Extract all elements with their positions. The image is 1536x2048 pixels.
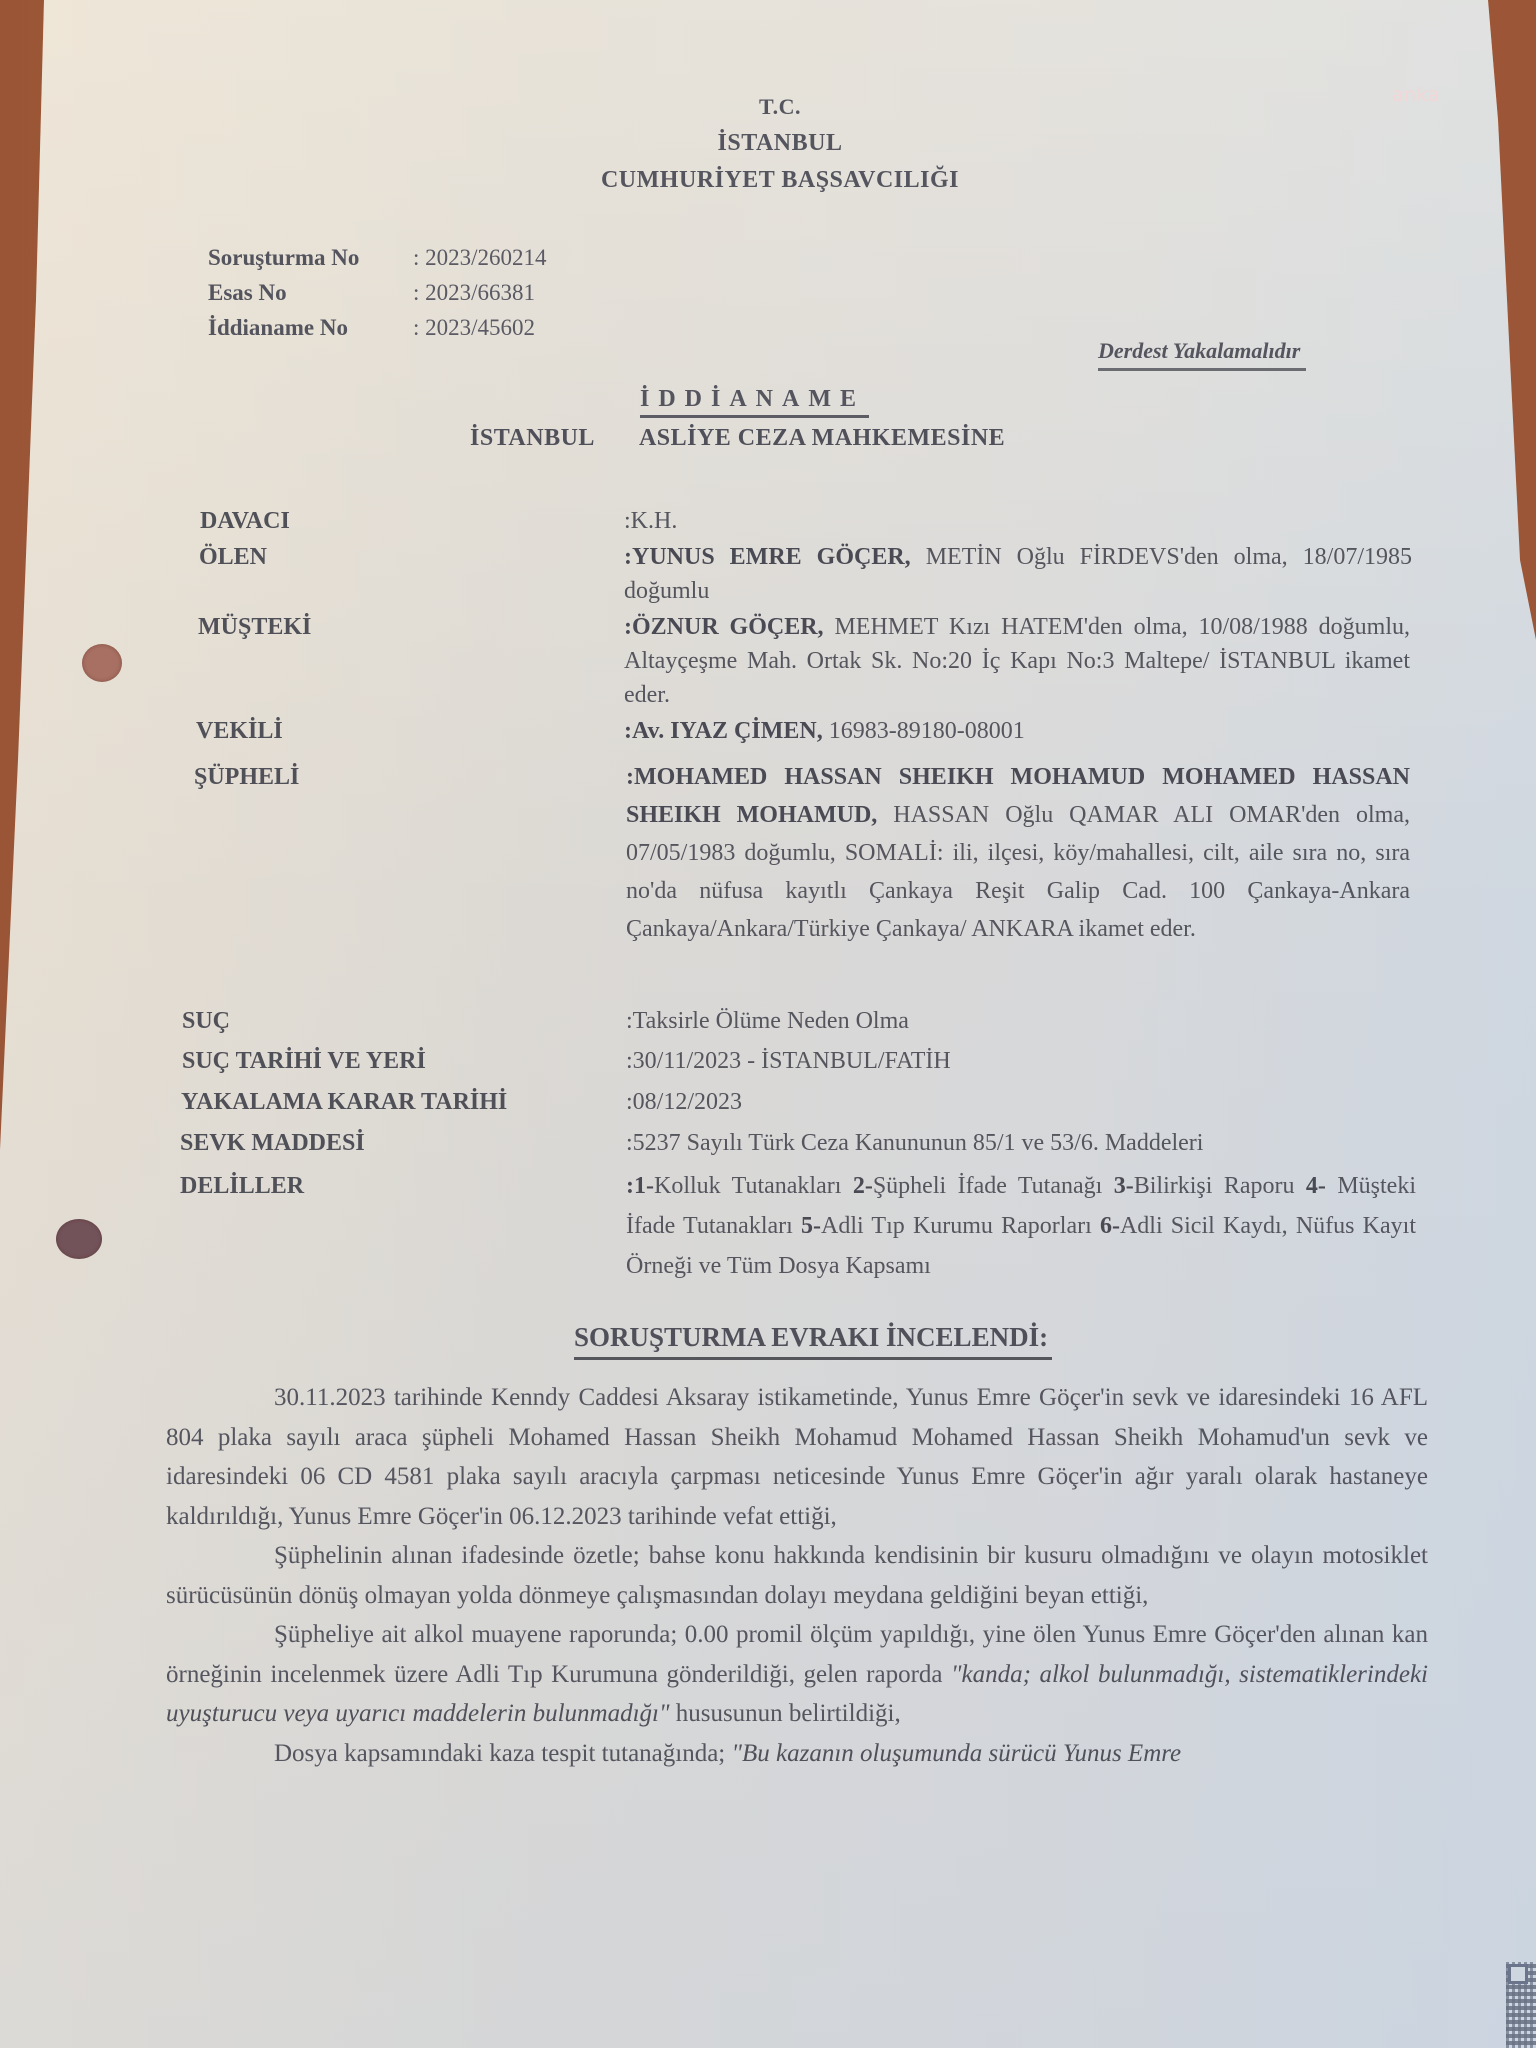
reference-label: Esas No	[208, 275, 413, 310]
header-line-office: CUMHURİYET BAŞSAVCILIĞI	[560, 162, 1000, 199]
evidence-number: 4-	[1306, 1173, 1326, 1199]
punch-hole	[82, 644, 122, 682]
field-label: ŞÜPHELİ	[194, 758, 299, 796]
deceased-name: :YUNUS EMRE GÖÇER,	[624, 544, 911, 570]
attorney-registry: 16983-89180-08001	[823, 718, 1025, 744]
paragraph: 30.11.2023 tarihinde Kenndy Caddesi Aksa…	[166, 1378, 1428, 1536]
paragraph: Şüpheliye ait alkol muayene raporunda; 0…	[166, 1615, 1428, 1734]
investigation-body: 30.11.2023 tarihinde Kenndy Caddesi Aksa…	[166, 1378, 1428, 1773]
evidence-number: 6-	[1100, 1213, 1120, 1239]
evidence-number: 3-	[1114, 1173, 1134, 1199]
paragraph: Dosya kapsamındaki kaza tespit tutanağın…	[166, 1734, 1428, 1774]
field-label: DAVACI	[200, 504, 290, 538]
evidence-item: Adli Tıp Kurumu Raporları	[821, 1213, 1100, 1239]
header-line-city: İSTANBUL	[560, 125, 1000, 162]
reference-row: Soruşturma No : 2023/260214	[208, 240, 547, 275]
court-name: ASLİYE CEZA MAHKEMESİNE	[639, 425, 1005, 451]
field-label: ÖLEN	[199, 540, 267, 574]
field-value: :K.H.	[624, 504, 1414, 538]
court-addressee: İSTANBULASLİYE CEZA MAHKEMESİNE	[470, 425, 1005, 452]
arrest-note: Derdest Yakalamalıdır	[1098, 338, 1306, 371]
reference-label: İddianame No	[208, 310, 413, 345]
section-title: SORUŞTURMA EVRAKI İNCELENDİ:	[574, 1322, 1052, 1360]
field-value: :08/12/2023	[626, 1085, 1416, 1119]
field-label: YAKALAMA KARAR TARİHİ	[181, 1085, 507, 1119]
paragraph-text: Dosya kapsamındaki kaza tespit tutanağın…	[274, 1740, 732, 1767]
document-title: İDDİANAME	[640, 386, 869, 418]
evidence-item: Bilirkişi Raporu	[1134, 1173, 1306, 1199]
evidence-number: :1-	[626, 1173, 654, 1199]
court-city: İSTANBUL	[470, 425, 595, 451]
paragraph-text: hususunun belirtildiği,	[669, 1700, 900, 1727]
evidence-item: Kolluk Tutanakları	[654, 1173, 853, 1199]
reference-row: İddianame No : 2023/45602	[208, 310, 547, 345]
quoted-report: "Bu kazanın oluşumunda sürücü Yunus Emre	[732, 1740, 1182, 1767]
punch-hole	[56, 1219, 102, 1259]
field-value: :5237 Sayılı Türk Ceza Kanununun 85/1 ve…	[626, 1126, 1416, 1160]
evidence-number: 2-	[853, 1173, 873, 1199]
field-label: SEVK MADDESİ	[180, 1126, 365, 1160]
institution-header: T.C. İSTANBUL CUMHURİYET BAŞSAVCILIĞI	[560, 88, 1000, 199]
qr-code	[1506, 1962, 1536, 2048]
paragraph: Şüphelinin alınan ifadesinde özetle; bah…	[166, 1536, 1428, 1615]
field-value: :YUNUS EMRE GÖÇER, METİN Oğlu FİRDEVS'de…	[624, 540, 1412, 608]
attorney-name: :Av. IYAZ ÇİMEN,	[624, 718, 823, 744]
evidence-number: 5-	[801, 1213, 821, 1239]
header-line-tc: T.C.	[560, 88, 1000, 125]
reference-numbers: Soruşturma No : 2023/260214 Esas No : 20…	[208, 240, 547, 345]
field-value: :30/11/2023 - İSTANBUL/FATİH	[626, 1044, 1416, 1078]
evidence-item: Şüpheli İfade Tutanağı	[873, 1173, 1114, 1199]
field-label: MÜŞTEKİ	[198, 610, 311, 644]
field-value: :Av. IYAZ ÇİMEN, 16983-89180-08001	[624, 714, 1410, 748]
field-label: SUÇ	[182, 1004, 230, 1038]
evidence-list: :1-Kolluk Tutanakları 2-Şüpheli İfade Tu…	[626, 1166, 1416, 1286]
reference-label: Soruşturma No	[208, 240, 413, 275]
field-value: :MOHAMED HASSAN SHEIKH MOHAMUD MOHAMED H…	[626, 758, 1410, 948]
reference-value: : 2023/260214	[413, 240, 547, 275]
field-label: DELİLLER	[180, 1166, 304, 1206]
field-label: SUÇ TARİHİ VE YERİ	[182, 1044, 426, 1078]
reference-value: : 2023/66381	[413, 275, 535, 310]
reference-row: Esas No : 2023/66381	[208, 275, 547, 310]
reference-value: : 2023/45602	[413, 310, 535, 345]
field-value: :ÖZNUR GÖÇER, MEHMET Kızı HATEM'den olma…	[624, 610, 1410, 712]
field-value: :Taksirle Ölüme Neden Olma	[626, 1004, 1416, 1038]
anka-watermark: anka	[1392, 84, 1440, 106]
complainant-name: :ÖZNUR GÖÇER,	[624, 614, 824, 640]
field-label: VEKİLİ	[196, 714, 283, 748]
